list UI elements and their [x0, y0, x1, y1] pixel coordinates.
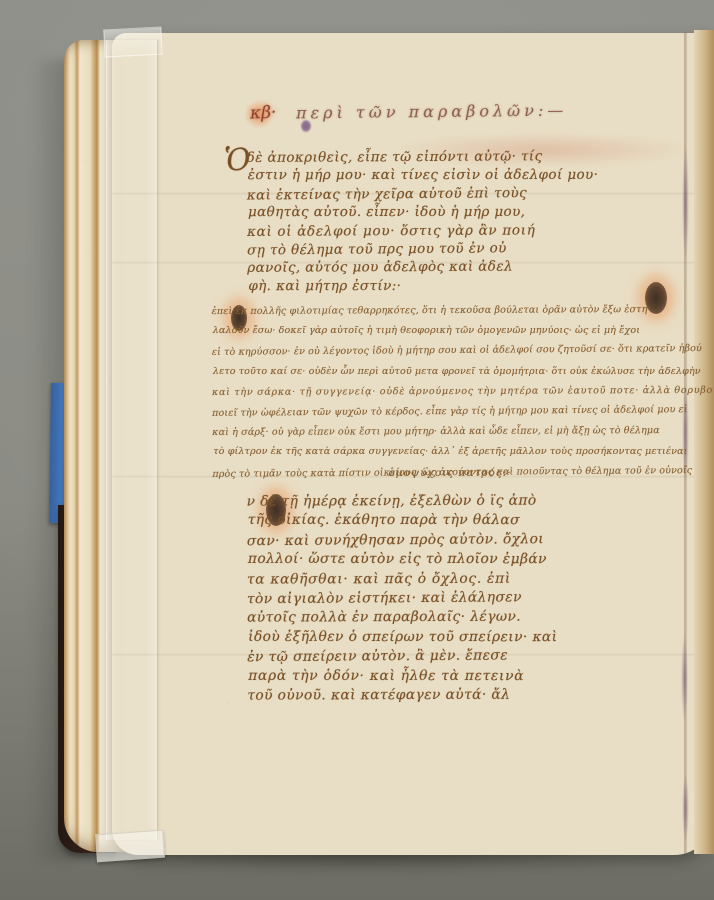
manuscript-photo: κβ· περὶ τῶν παραβολῶν:— Ὁ δὲ ἀποκριθεὶς… — [0, 0, 714, 900]
text-line: ἐστιν ἡ μήρ μου· καὶ τίνες εἰσὶν οἱ ἀδελ… — [248, 166, 598, 185]
chapter-number: κβ· — [250, 103, 277, 124]
text-line: τὸ φίλτρον ἐκ τῆς κατὰ σάρκα συγγενείας·… — [213, 442, 689, 462]
text-line: παρὰ τὴν ὁδόν· καὶ ἦλθε τὰ πετεινὰ — [248, 667, 598, 687]
text-line: τα καθῆσθαι· καὶ πᾶς ὁ ὄχλος. ἐπὶ — [247, 569, 597, 590]
text-line: καὶ ἐκτείνας τὴν χεῖρα αὐτοῦ ἐπὶ τοὺς — [247, 183, 597, 204]
text-line: ρανοῖς, αὐτός μου ἀδελφὸς καὶ ἀδελ — [247, 258, 597, 278]
text-line: ἰδοὺ ἐξῆλθεν ὁ σπείρων τοῦ σπείρειν· καὶ — [248, 628, 598, 648]
text-line: αὐτοῖς πολλὰ ἐν παραβολαῖς· λέγων. — [247, 608, 597, 629]
mylar-strip — [106, 40, 158, 840]
text-line: τοῦ οὐνοῦ. καὶ κατέφαγεν αὐτά· ἄλ — [247, 685, 597, 706]
text-line: λετο τοῦτο καί σε· οὐδὲν ὧν περὶ αὐτοῦ μ… — [213, 362, 689, 382]
text-line: καὶ ἡ σάρξ· οὐ γὰρ εἶπεν οὐκ ἔστι μου μή… — [212, 421, 688, 443]
commentary-block: ἐπεὶ ἐκ πολλῆς φιλοτιμίας τεθαρρηκότες, … — [212, 300, 689, 484]
purple-blotch — [681, 633, 688, 723]
purple-blotch — [682, 773, 689, 843]
text-line: δὲ ἀποκριθεὶς, εἶπε τῷ εἰπόντι αὐτῷ· τίς — [247, 147, 597, 167]
text-line: λαλοῦν ἔσω· δοκεῖ γὰρ αὐτοῖς ἡ τιμὴ θεοφ… — [213, 321, 689, 341]
text-line: μαθητὰς αὐτοῦ. εἶπεν· ἰδοὺ ἡ μήρ μου, — [248, 203, 598, 222]
text-line: σῃ τὸ θέλημα τοῦ πρς μου τοῦ ἐν οὐ — [247, 239, 597, 260]
fore-edge-pages — [694, 30, 714, 854]
text-line: ν δὲ τῇ ἡμέρᾳ ἐκείνῃ, ἐξελθὼν ὁ ϊς ἀπὸ — [247, 491, 597, 512]
gospel-text-block-2: ν δὲ τῇ ἡμέρᾳ ἐκείνῃ, ἐξελθὼν ὁ ϊς ἀπὸτῆ… — [247, 491, 598, 706]
text-line: εἰ τὸ κηρύσσον· ἐν οὐ λέγοντος ἰδοὺ ἡ μή… — [212, 340, 688, 364]
gospel-text-block-1: δὲ ἀποκριθεὶς, εἶπε τῷ εἰπόντι αὐτῷ· τίς… — [247, 147, 598, 296]
text-line: ἐπεὶ ἐκ πολλῆς φιλοτιμίας τεθαρρηκότες, … — [212, 300, 688, 322]
chapter-title: περὶ τῶν παραβολῶν:— — [296, 101, 567, 123]
commentary-closing-line: ὁμοψύχοις πατρός:· — [212, 467, 688, 479]
text-line: τῆς οἰκίας. ἐκάθητο παρὰ τὴν θάλασ — [248, 511, 598, 531]
text-line: σαν· καὶ συνήχθησαν πρὸς αὐτὸν. ὄχλοι — [247, 530, 597, 552]
text-line: τὸν αἰγιαλὸν εἱστήκει· καὶ ἐλάλησεν — [247, 588, 597, 610]
mylar-strip-tab — [95, 830, 165, 863]
text-line: φὴ. καὶ μήτηρ ἐστίν:· — [248, 277, 598, 296]
text-line: πολλοί· ὥστε αὐτὸν εἰς τὸ πλοῖον ἐμβάν — [248, 550, 598, 570]
text-line: καὶ οἱ ἀδελφοί μου· ὅστις γὰρ ἂν ποιή — [247, 221, 597, 241]
text-line: ἐν τῷ σπείρειν αὐτὸν. ἃ μὲν. ἔπεσε — [247, 646, 597, 668]
text-line: ποιεῖ τὴν ὠφέλειαν τῶν ψυχῶν τὸ κέρδος. … — [212, 400, 688, 424]
